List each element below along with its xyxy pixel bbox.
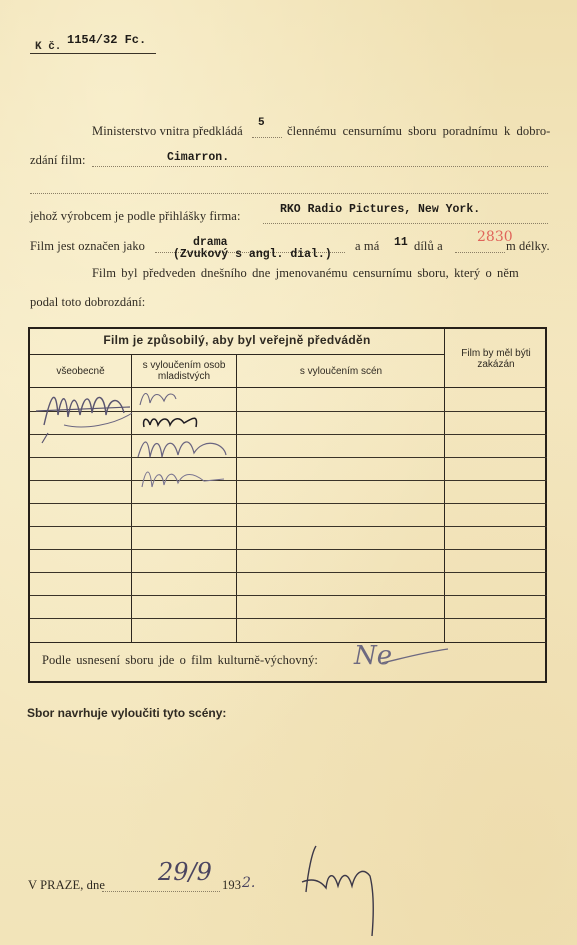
place-label: V PRAZE, dne: [28, 878, 105, 893]
footer-value-stroke: [380, 647, 450, 667]
length-field-line: [455, 252, 505, 253]
row-line: [30, 503, 547, 504]
column-header-excluding-scenes: s vyloučením scén: [238, 366, 444, 377]
official-signature: [298, 842, 388, 938]
group-header: Film je způsobilý, aby byl veřejně předv…: [30, 335, 444, 346]
year-prefix: 193: [222, 878, 241, 893]
designation-label: Film jest označen jako: [30, 239, 145, 254]
film-label: zdání film:: [30, 153, 86, 168]
blank-field-line: [30, 193, 548, 194]
producer-label: jehož výrobcem je podle přihlášky firma:: [30, 209, 241, 224]
genre-note-value: (Zvukový s angl. dial.): [173, 248, 332, 261]
film-title-field-line: [92, 166, 548, 167]
row-line: [30, 595, 547, 596]
footer-label: Podle usnesení sboru jde o film kulturně…: [42, 653, 318, 668]
signature-col2: [134, 387, 244, 497]
intro-suffix: člennému censurnímu sboru poradnímu k do…: [287, 124, 550, 139]
parts-suffix: dílů a: [414, 239, 443, 254]
film-title-value: Cimarron.: [167, 151, 229, 164]
year-suffix: 2.: [242, 875, 255, 891]
length-suffix: m délky.: [506, 239, 550, 254]
scenes-heading: Sbor navrhuje vyloučiti tyto scény:: [27, 706, 226, 720]
row-line: [30, 618, 547, 619]
row-line: [30, 526, 547, 527]
row-line: [30, 549, 547, 550]
row-line: [30, 572, 547, 573]
row-line: [30, 480, 547, 481]
censorship-decision-table: Film je způsobilý, aby byl veřejně předv…: [28, 327, 547, 683]
group-header-divider: [30, 354, 444, 355]
column-header-excluding-minors: s vyloučením osob mladistvých: [134, 360, 234, 382]
producer-field-line: [263, 223, 548, 224]
parts-count-value: 11: [394, 236, 408, 249]
footer-divider: [30, 642, 547, 643]
producer-value: RKO Radio Pictures, New York.: [280, 203, 480, 216]
reference-label: K č.: [35, 41, 61, 53]
column-header-banned: Film by měl býti zakázán: [448, 348, 544, 370]
reference-value: 1154/32 Fc.: [67, 33, 146, 47]
committee-count-value: 5: [258, 117, 265, 129]
signature-col1: [34, 385, 134, 445]
date-handwritten: 29/9: [158, 858, 212, 886]
column-header-general: všeobecně: [30, 366, 131, 377]
screening-line2: podal toto dobrozdání:: [30, 295, 145, 310]
row-line: [30, 457, 547, 458]
parts-prefix: a má: [355, 239, 379, 254]
intro-prefix: Ministerstvo vnitra předkládá: [92, 124, 243, 139]
date-field-line: [102, 891, 220, 892]
reference-underline: [30, 53, 156, 54]
committee-count-field-line: [252, 137, 282, 138]
screening-line1: Film byl předveden dnešního dne jmenovan…: [92, 266, 519, 281]
